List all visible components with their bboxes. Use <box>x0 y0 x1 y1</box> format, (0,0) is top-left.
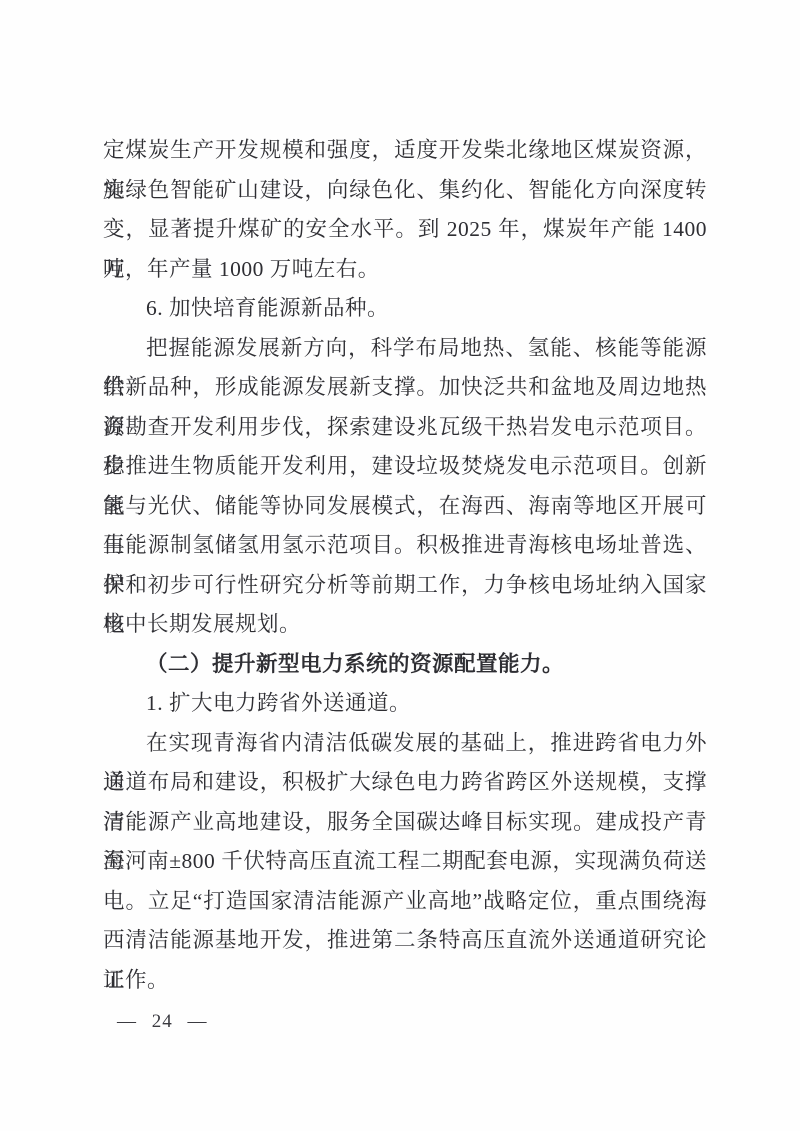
text-line: 变，显著提升煤矿的安全水平。到 2025 年，煤炭年产能 1400 万 <box>103 210 707 250</box>
text-line: 电。立足“打造国家清洁能源产业高地”战略定位，重点围绕海 <box>103 882 707 922</box>
document-page: 定煤炭生产开发规模和强度，适度开发柴北缘地区煤炭资源，实施绿色智能矿山建设，向绿… <box>0 0 800 1131</box>
page-number: — 24 — <box>117 1011 208 1032</box>
text-line: 施绿色智能矿山建设，向绿色化、集约化、智能化方向深度转 <box>103 171 707 211</box>
text-line: 吨，年产量 1000 万吨左右。 <box>103 250 707 290</box>
text-line: 洁能源产业高地建设，服务全国碳达峰目标实现。建成投产青海 <box>103 803 707 843</box>
text-line: 工作。 <box>103 961 707 1001</box>
text-line: 能与光伏、储能等协同发展模式，在海西、海南等地区开展可再 <box>103 487 707 527</box>
text-line: 定煤炭生产开发规模和强度，适度开发柴北缘地区煤炭资源，实 <box>103 131 707 171</box>
text-line: 电中长期发展规划。 <box>103 605 707 645</box>
body-paragraph: 6. 加快培育能源新品种。 <box>103 289 707 329</box>
text-line: 生能源制氢储氢用氢示范项目。积极推进青海核电场址普选、保 <box>103 526 707 566</box>
page-footer: — 24 — <box>117 1007 208 1037</box>
text-line: 源勘查开发利用步伐，探索建设兆瓦级干热岩发电示范项目。稳 <box>103 408 707 448</box>
text-line: 至河南±800 千伏特高压直流工程二期配套电源，实现满负荷送 <box>103 842 707 882</box>
text-line: 步推进生物质能开发利用，建设垃圾焚烧发电示范项目。创新氢 <box>103 447 707 487</box>
text-line: 给新品种，形成能源发展新支撑。加快泛共和盆地及周边地热资 <box>103 368 707 408</box>
body-paragraph: 在实现青海省内清洁低碳发展的基础上，推进跨省电力外送通道布局和建设，积极扩大绿色… <box>103 724 707 1001</box>
text-line: 护和初步可行性研究分析等前期工作，力争核电场址纳入国家核 <box>103 566 707 606</box>
document-body: 定煤炭生产开发规模和强度，适度开发柴北缘地区煤炭资源，实施绿色智能矿山建设，向绿… <box>103 131 707 1000</box>
body-paragraph: 把握能源发展新方向，科学布局地热、氢能、核能等能源供给新品种，形成能源发展新支撑… <box>103 329 707 645</box>
text-line: 西清洁能源基地开发，推进第二条特高压直流外送通道研究论证 <box>103 921 707 961</box>
text-line: 1. 扩大电力跨省外送通道。 <box>103 684 707 724</box>
text-line: 在实现青海省内清洁低碳发展的基础上，推进跨省电力外送 <box>103 724 707 764</box>
text-line: 把握能源发展新方向，科学布局地热、氢能、核能等能源供 <box>103 329 707 369</box>
body-paragraph: 1. 扩大电力跨省外送通道。 <box>103 684 707 724</box>
section-heading-paragraph: （二）提升新型电力系统的资源配置能力。 <box>103 645 707 685</box>
body-paragraph: 定煤炭生产开发规模和强度，适度开发柴北缘地区煤炭资源，实施绿色智能矿山建设，向绿… <box>103 131 707 289</box>
text-line: （二）提升新型电力系统的资源配置能力。 <box>103 645 707 685</box>
text-line: 通道布局和建设，积极扩大绿色电力跨省跨区外送规模，支撑清 <box>103 763 707 803</box>
text-line: 6. 加快培育能源新品种。 <box>103 289 707 329</box>
